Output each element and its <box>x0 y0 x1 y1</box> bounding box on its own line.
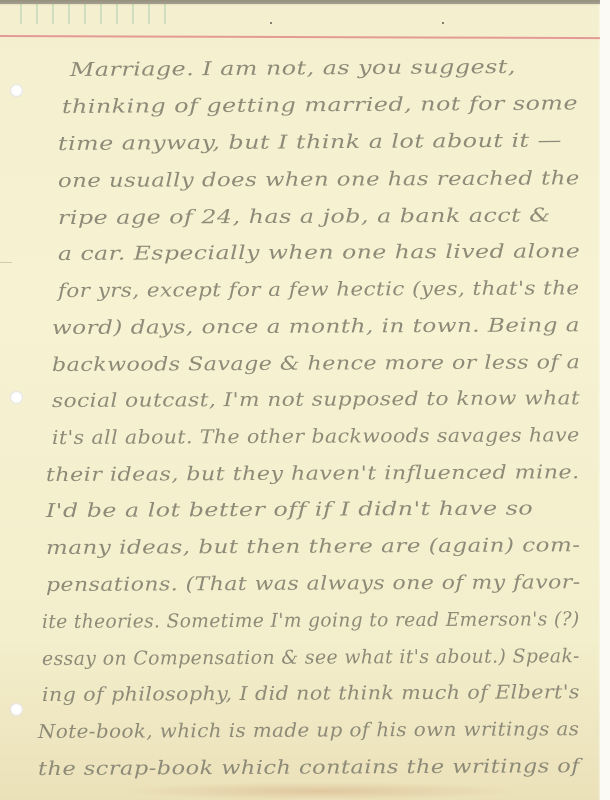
text-line: one usually does when one has reached th… <box>58 167 580 192</box>
text-line: a car. Especially when one has lived alo… <box>58 240 580 265</box>
text-line: for yrs, except for a few hectic (yes, t… <box>58 277 580 302</box>
text-line: time anyway, but I think a lot about it … <box>58 129 562 155</box>
text-line: many ideas, but then there are (again) c… <box>46 534 581 559</box>
text-line: ripe age of 24, has a job, a bank acct & <box>58 204 551 229</box>
text-line: ing of philosophy, I did not think much … <box>42 681 580 706</box>
text-line: word) days, once a month, in town. Being… <box>52 314 580 339</box>
text-line: backwoods Savage & hence more or less of… <box>52 351 580 376</box>
text-line: it's all about. The other backwoods sava… <box>52 424 580 449</box>
letter-page: Marriage. I am not, as you suggest, thin… <box>0 0 610 800</box>
text-line: essay on Compensation & see what it's ab… <box>42 645 580 670</box>
text-line: their ideas, but they haven't influenced… <box>46 461 580 486</box>
text-line: the scrap-book which contains the writin… <box>38 755 580 780</box>
scan-right-border <box>600 0 610 800</box>
text-line: ite theories. Sometime I'm going to read… <box>42 608 580 633</box>
text-line: Note-book, which is made up of his own w… <box>38 718 580 743</box>
text-line: social outcast, I'm not supposed to know… <box>52 387 580 412</box>
text-line: thinking of getting married, not for som… <box>62 92 578 118</box>
text-line: I'd be a lot better off if I didn't have… <box>46 497 533 522</box>
text-line: pensations. (That was always one of my f… <box>46 571 581 596</box>
text-line: Marriage. I am not, as you suggest, <box>70 56 516 81</box>
handwritten-text: Marriage. I am not, as you suggest, thin… <box>0 0 600 800</box>
